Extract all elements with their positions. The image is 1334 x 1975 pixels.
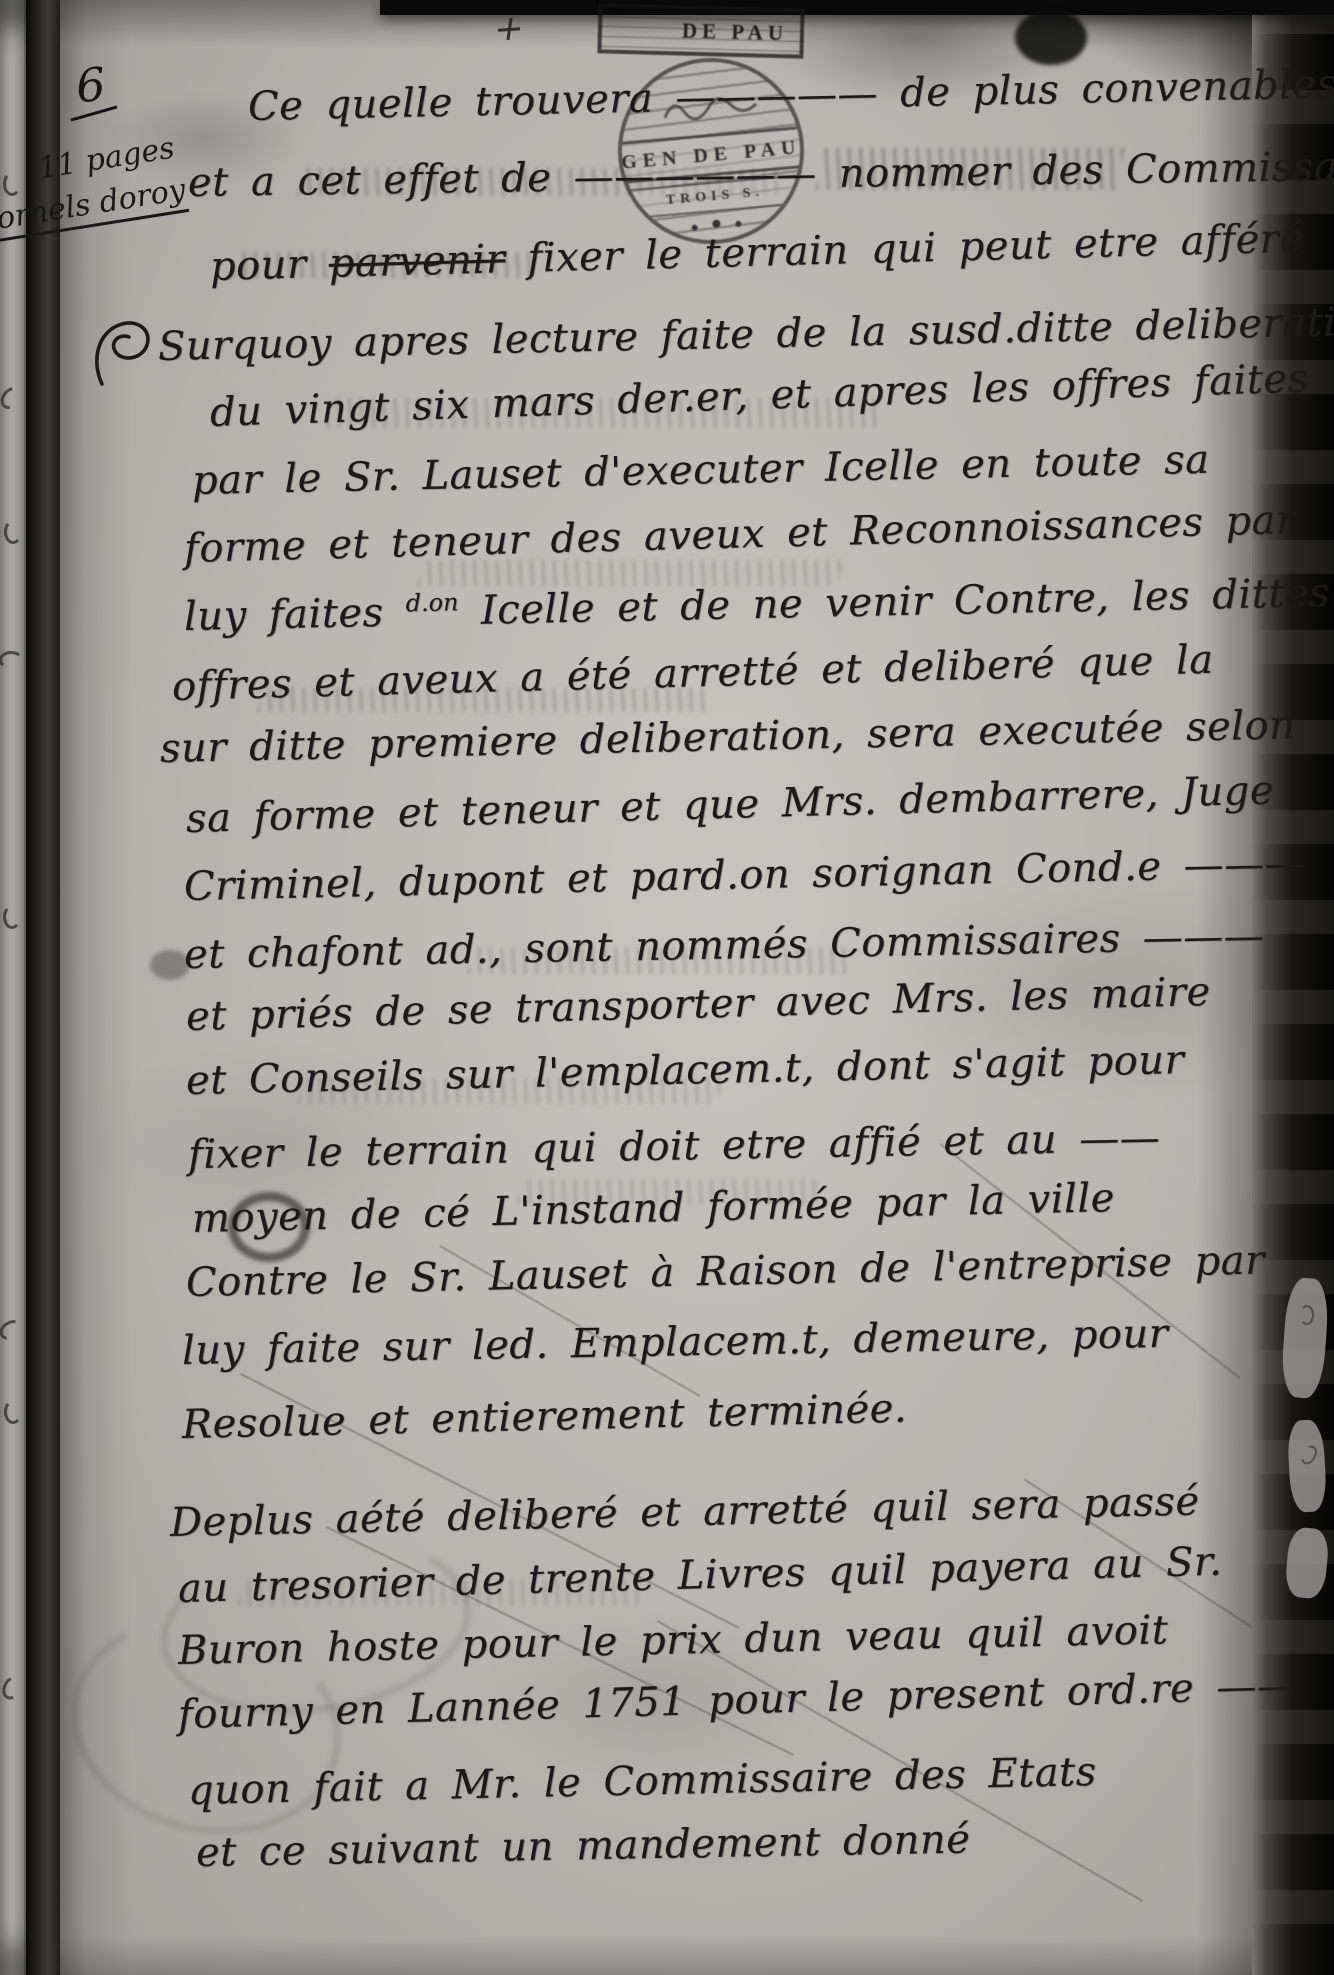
bleedthrough-mark (1300, 1305, 1314, 1325)
manuscript-word: luy faites (184, 589, 407, 640)
page-number: 6 (74, 57, 108, 113)
ink-fragment (4, 1400, 22, 1424)
ink-blot (1015, 10, 1087, 65)
pen-cross-mark (498, 18, 520, 40)
ink-fragment (4, 520, 22, 544)
scan-top-edge (380, 0, 1334, 15)
manuscript-scan: 6 11 pages Cornels doroy DE PAU GEN DE P… (0, 0, 1334, 1975)
interlinear-word: d.on (405, 588, 458, 617)
revenue-stamp-fragment: DE PAU (597, 3, 804, 58)
manuscript-word: pour (209, 241, 329, 290)
ink-fragment (0, 651, 23, 669)
ink-fragment (3, 905, 21, 929)
stamp-text: DE PAU (682, 18, 789, 46)
struck-word: parvenir (328, 236, 506, 287)
